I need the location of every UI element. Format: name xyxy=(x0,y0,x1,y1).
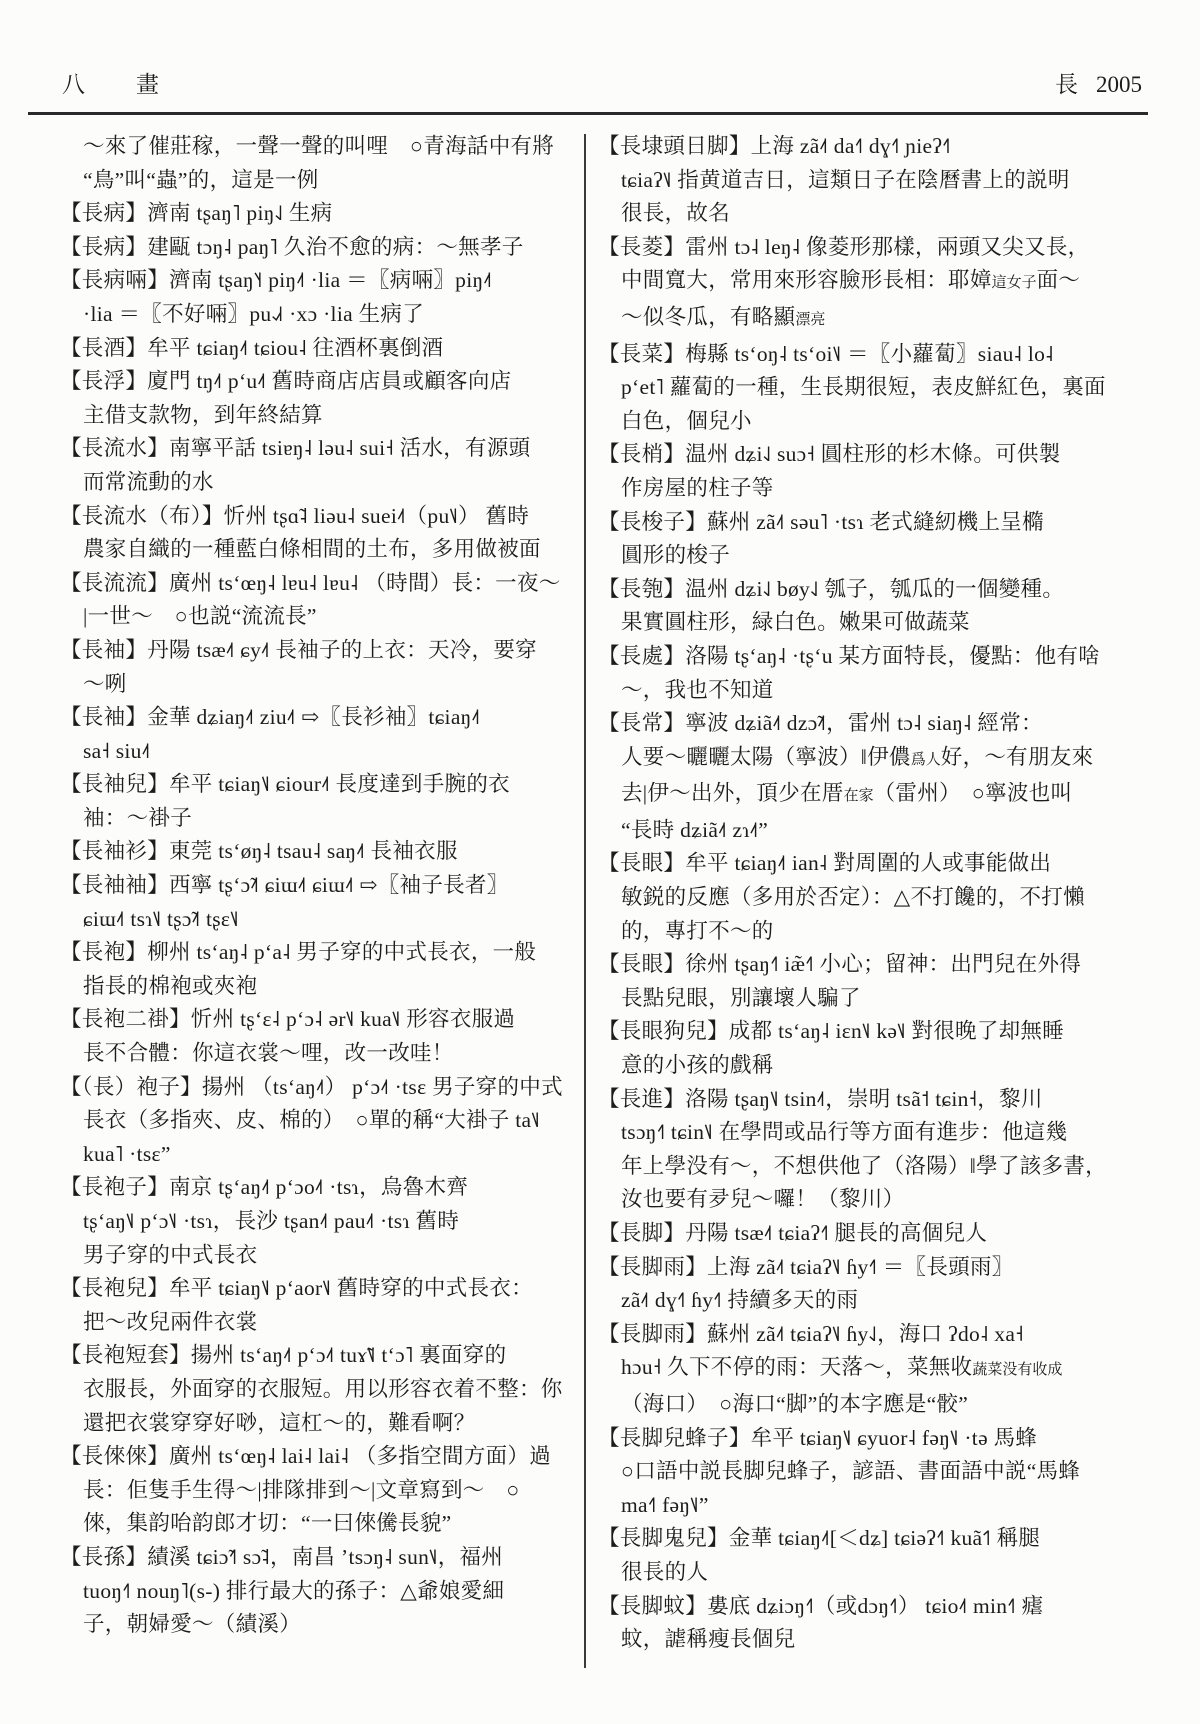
entry-text: 【長袍子】南京 tʂʻaŋ˨˦ pʻɔo˨˦ ·tsɿ，烏魯木齊 xyxy=(60,1175,468,1199)
entry-text: 主借支款物，到年終結算 xyxy=(83,403,323,427)
entry-line: 主借支款物，到年終結算 xyxy=(60,399,574,433)
entry-text: 【（長）袍子】揚州 （tsʻaŋ˨˦） pʻɔ˨˦ ·tsɛ 男子穿的中式 xyxy=(60,1075,563,1099)
entry-text: 【長病啢】濟南 tʂaŋ˥˧ piŋ˨˦ ·lia ＝〖病啢〗piŋ˨˦ xyxy=(60,268,492,292)
entry-text: 而常流動的水 xyxy=(83,470,214,494)
entry-line: 【長進】洛陽 tʂaŋ˥˩ tsin˨˦，崇明 tsã˦ tɕin˧，黎川 xyxy=(598,1083,1112,1117)
entry-line: 【長梭子】蘇州 zã˨˦ səu˥ ·tsɿ 老式縫紉機上呈橢 xyxy=(598,506,1112,540)
entry-line: 倈，集韵咍韵郎才切：“一曰倈儯長貌” xyxy=(60,1507,574,1541)
entry-text: 【長埭頭日脚】上海 zã˨˦ da˧˥ dɣ˧˥ ɲieʔ˧˥ xyxy=(598,134,951,158)
entry-text: 【長病】濟南 tʂaŋ˥ piŋ˨˩ 生病 xyxy=(60,201,332,225)
entry-text: ɕiɯ˨˦ tsɿ˥˩ tʂɔ̃˨˦ tʂɛ˥˩ xyxy=(83,907,239,931)
entry-text: 【長脚兒蜂子】牟平 tɕiaŋ˥˩ ɕyuor˨ fəŋ˥˩ ·tə 馬蜂 xyxy=(598,1426,1037,1450)
entry-text: 長點兒眼，別讓壞人騙了 xyxy=(621,986,861,1010)
entry-text: 果實圓柱形，緑白色。嫩果可做蔬菜 xyxy=(621,610,970,634)
entry-text: 【長袖兒】牟平 tɕiaŋ˥˩ ɕiour˨˦ 長度達到手腕的衣 xyxy=(60,772,510,796)
entry-line: 【長梢】温州 dʑi˨˩ suɔ˧ 圓柱形的杉木條。可供製 xyxy=(598,438,1112,472)
entry-text: zã˨˦ dɣ˧˥ ɦy˧˥ 持續多天的雨 xyxy=(621,1288,858,1312)
entry-line: 【長匏】温州 dʑi˨˩ bøy˨˩ 瓠子，瓠瓜的一個變種。 xyxy=(598,573,1112,607)
entry-text: 袖：～褂子 xyxy=(83,806,192,830)
entry-text: “長時 dʑiã˨˦ zɿ˨˦” xyxy=(621,818,768,842)
entry-line: ～來了催莊稼，一聲一聲的叫哩 ○青海話中有將 xyxy=(60,130,574,164)
left-column: ～來了催莊稼，一聲一聲的叫哩 ○青海話中有將“鳥”叫“蟲”的，這是一例【長病】濟… xyxy=(60,130,574,1668)
entry-text: 敏鋭的反應（多用於否定）：△不打饞的，不打懶 xyxy=(621,885,1085,909)
entry-text: 人要～曬曬太陽（寧波）‖伊儂 xyxy=(621,745,911,769)
entry-text: 【長袍短套】揚州 tsʻaŋ˨˦ pʻɔ˨˦ tuɤ̃˥˩ tʻɔ˥ 裏面穿的 xyxy=(60,1343,506,1367)
entry-line: 【長菜】梅縣 tsʻoŋ˨ tsʻoi˥˩ ＝〖小蘿蔔〗siau˨ lo˨ xyxy=(598,338,1112,372)
entry-line: tuoŋ˧˥ nouŋ˥(s-) 排行最大的孫子：△爺娘愛細 xyxy=(60,1575,574,1609)
entry-text: 【長常】寧波 dʑiã˨˦ dzɔ̃˨˦，雷州 tɔ˨ siaŋ˨ 經常： xyxy=(598,711,1043,735)
entry-text: 【長匏】温州 dʑi˨˩ bøy˨˩ 瓠子，瓠瓜的一個變種。 xyxy=(598,577,1064,601)
entry-line: 把～改兒兩件衣裳 xyxy=(60,1306,574,1340)
entry-text: 年上學没有～，不想供他了（洛陽）‖學了該多書， xyxy=(621,1154,1107,1178)
entry-line: 【長病啢】濟南 tʂaŋ˥˧ piŋ˨˦ ·lia ＝〖病啢〗piŋ˨˦ xyxy=(60,264,574,298)
entry-line: 【長流流】廣州 tsʻœŋ˨ lɐu˨ lɐu˨ （時間）長：一夜～ xyxy=(60,567,574,601)
entry-text: 作房屋的柱子等 xyxy=(621,476,774,500)
page-number: 2005 xyxy=(1096,72,1142,97)
entry-line: ma˧˥ fəŋ˥˩” xyxy=(598,1489,1112,1523)
entry-line: 長衣（多指夾、皮、棉的） ○單的稱“大褂子 ta˥˩ xyxy=(60,1104,574,1138)
entry-text: ～咧 xyxy=(83,672,127,696)
entry-text: （海口） ○海口“脚”的本字應是“骹” xyxy=(621,1392,968,1416)
entry-line: “長時 dʑiã˨˦ zɿ˨˦” xyxy=(598,814,1112,848)
entry-text: （雷州） ○寧波也叫 xyxy=(874,781,1073,805)
entry-headword-char: 長 xyxy=(1055,72,1078,97)
entry-line: 年上學没有～，不想供他了（洛陽）‖學了該多書， xyxy=(598,1150,1112,1184)
entry-text: 【長眼】牟平 tɕiaŋ˨˦ ian˨ 對周圍的人或事能做出 xyxy=(598,851,1051,875)
entry-text: 【長袖袖】西寧 tʂʻɔ̃˨˦ ɕiɯ˨˦ ɕiɯ˨˦ ⇨〖袖子長者〗 xyxy=(60,873,509,897)
inline-gloss-small: 在家 xyxy=(844,788,874,804)
entry-line: 長點兒眼，別讓壞人騙了 xyxy=(598,982,1112,1016)
entry-line: 【長袖袖】西寧 tʂʻɔ̃˨˦ ɕiɯ˨˦ ɕiɯ˨˦ ⇨〖袖子長者〗 xyxy=(60,869,574,903)
entry-text: ma˧˥ fəŋ˥˩” xyxy=(621,1493,709,1517)
entry-text: 很長，故名 xyxy=(621,201,730,225)
entry-line: 很長的人 xyxy=(598,1556,1112,1590)
entry-line: 作房屋的柱子等 xyxy=(598,472,1112,506)
entry-line: 【長脚蚊】婁底 dʑiɔŋ˧˥（或dɔŋ˧˥） tɕio˨˦ min˧˥ 瘧 xyxy=(598,1590,1112,1624)
entry-line: tʂʻaŋ˥˩ pʻɔ˥˩ ·tsɿ，長沙 tʂan˨˦ pau˨˦ ·tsɿ … xyxy=(60,1205,574,1239)
entry-line: ɕiɯ˨˦ tsɿ˥˩ tʂɔ̃˨˦ tʂɛ˥˩ xyxy=(60,903,574,937)
entry-text: 的，專打不～的 xyxy=(621,919,774,943)
entry-text: 農家自織的一種藍白條相間的土布，多用做被面 xyxy=(83,537,541,561)
entry-line: 人要～曬曬太陽（寧波）‖伊儂爲人好，～有朋友來 xyxy=(598,741,1112,778)
entry-line: 【長孫】績溪 tɕiɔ̃˧˥ sɔ̃˨，南昌 ʼtsɔŋ˨ sun˥˩，福州 xyxy=(60,1541,574,1575)
entry-text: 長：佢隻手生得～|排隊排到～|文章寫到～ ○ xyxy=(83,1478,520,1502)
entry-line: 指長的棉袍或夾袍 xyxy=(60,970,574,1004)
entry-line: 衣服長，外面穿的衣服短。用以形容衣着不整：你 xyxy=(60,1373,574,1407)
entry-line: 敏鋭的反應（多用於否定）：△不打饞的，不打懶 xyxy=(598,881,1112,915)
entry-text: 倈，集韵咍韵郎才切：“一曰倈儯長貌” xyxy=(83,1511,452,1535)
entry-line: 【長袍兒】牟平 tɕiaŋ˥˩ pʻaor˥˩ 舊時穿的中式長衣： xyxy=(60,1272,574,1306)
entry-text: 【長流流】廣州 tsʻœŋ˨ lɐu˨ lɐu˨ （時間）長：一夜～ xyxy=(60,571,561,595)
entry-line: kua˥ ·tsɛ” xyxy=(60,1138,574,1172)
entry-text: 圓形的梭子 xyxy=(621,543,730,567)
entry-line: 蚊，謔稱瘦長個兒 xyxy=(598,1623,1112,1657)
entry-text: 長衣（多指夾、皮、棉的） ○單的稱“大褂子 ta˥˩ xyxy=(83,1108,540,1132)
entry-text: 去|伊～出外，頂少在厝 xyxy=(621,781,844,805)
entry-line: ～似冬瓜，有略顯漂亮 xyxy=(598,301,1112,338)
entry-line: 【長袖衫】東莞 tsʻøŋ˨ tsau˨ saŋ˨˦ 長袖衣服 xyxy=(60,835,574,869)
entry-line: 【長浮】廈門 tŋ˨˦ pʻu˨˦ 舊時商店店員或顧客向店 xyxy=(60,365,574,399)
entry-text: tɕiaʔ˥˩ 指黄道吉日，這類日子在陰曆書上的説明 xyxy=(621,168,1070,192)
entry-line: 【長眼】徐州 tʂaŋ˧˥ iæ̃˧˥ 小心；留神：出門兒在外得 xyxy=(598,948,1112,982)
entry-text: 很長的人 xyxy=(621,1560,708,1584)
entry-line: 【長脚兒蜂子】牟平 tɕiaŋ˥˩ ɕyuor˨ fəŋ˥˩ ·tə 馬蜂 xyxy=(598,1422,1112,1456)
entry-text: 【長袖】丹陽 tsæ˨˦ ɕy˨˦ 長袖子的上衣：天冷，要穿 xyxy=(60,638,537,662)
entry-line: 【長病】濟南 tʂaŋ˥ piŋ˨˩ 生病 xyxy=(60,197,574,231)
entry-line: ·lia ＝〖不好啢〗pu˨˩˧ ·xɔ ·lia 生病了 xyxy=(60,298,574,332)
entry-text: tuoŋ˧˥ nouŋ˥(s-) 排行最大的孫子：△爺娘愛細 xyxy=(83,1579,504,1603)
entry-text: 男子穿的中式長衣 xyxy=(83,1243,257,1267)
entry-line: ～，我也不知道 xyxy=(598,674,1112,708)
entry-line: 【長袖】金華 dʑiaŋ˨˦ ziu˨˦ ⇨〖長衫袖〗tɕiaŋ˨˦ xyxy=(60,701,574,735)
entry-text: 面～ xyxy=(1037,268,1081,292)
entry-line: 【長眼】牟平 tɕiaŋ˨˦ ian˨ 對周圍的人或事能做出 xyxy=(598,847,1112,881)
entry-text: 【長袍】柳州 tsʻaŋ˨ pʻa˨ 男子穿的中式長衣，一般 xyxy=(60,940,536,964)
entry-line: 【長菱】雷州 tɔ˨ leŋ˨ 像菱形那樣，兩頭又尖又長， xyxy=(598,231,1112,265)
entry-line: 【長袖】丹陽 tsæ˨˦ ɕy˨˦ 長袖子的上衣：天冷，要穿 xyxy=(60,634,574,668)
entry-line: 【長流水（布）】忻州 tʂɑ̃˨ liəu˨ suei˨˦（pu˥˩） 舊時 xyxy=(60,500,574,534)
entry-text: 【長袍兒】牟平 tɕiaŋ˥˩ pʻaor˥˩ 舊時穿的中式長衣： xyxy=(60,1276,533,1300)
entry-line: 農家自織的一種藍白條相間的土布，多用做被面 xyxy=(60,533,574,567)
entry-line: 【長脚雨】上海 zã˨˦ tɕiaʔ˥˩ ɦy˧˥ ＝〖長頭雨〗 xyxy=(598,1251,1112,1285)
entry-text: 長不合體：你這衣裳～哩，改一改哇！ xyxy=(83,1041,454,1065)
inline-gloss-small: 爲人 xyxy=(911,752,941,768)
entry-line: 【長埭頭日脚】上海 zã˨˦ da˧˥ dɣ˧˥ ɲieʔ˧˥ xyxy=(598,130,1112,164)
entry-text: ～似冬瓜，有略顯 xyxy=(621,305,795,329)
entry-text: 【長菜】梅縣 tsʻoŋ˨ tsʻoi˥˩ ＝〖小蘿蔔〗siau˨ lo˨ xyxy=(598,342,1054,366)
page-header: 八 畫 長2005 xyxy=(62,66,1142,99)
entry-line: 長：佢隻手生得～|排隊排到～|文章寫到～ ○ xyxy=(60,1474,574,1508)
entry-text: 蚊，謔稱瘦長個兒 xyxy=(621,1627,795,1651)
entry-text: 【長脚雨】上海 zã˨˦ tɕiaʔ˥˩ ɦy˧˥ ＝〖長頭雨〗 xyxy=(598,1255,1014,1279)
entry-line: 【長袖兒】牟平 tɕiaŋ˥˩ ɕiour˨˦ 長度達到手腕的衣 xyxy=(60,768,574,802)
entry-line: pʻet˥ 蘿蔔的一種，生長期很短，表皮鮮紅色，裏面 xyxy=(598,371,1112,405)
entry-text: kua˥ ·tsɛ” xyxy=(83,1142,171,1166)
entry-text: 【長流水（布）】忻州 tʂɑ̃˨ liəu˨ suei˨˦（pu˥˩） 舊時 xyxy=(60,504,529,528)
entry-text: 中間寬大，常用來形容臉形長相：耶嫜 xyxy=(621,268,992,292)
entry-line: 白色，個兒小 xyxy=(598,405,1112,439)
entry-line: 【長袍】柳州 tsʻaŋ˨ pʻa˨ 男子穿的中式長衣，一般 xyxy=(60,936,574,970)
entry-line: 的，專打不～的 xyxy=(598,915,1112,949)
entry-line: 【長倈倈】廣州 tsʻœŋ˨ lai˨ lai˨ （多指空間方面）過 xyxy=(60,1440,574,1474)
entry-text: 【長脚雨】蘇州 zã˨˦ tɕiaʔ˥˩ ɦy˨˩，海口 ʔdo˨ xa˧ xyxy=(598,1322,1024,1346)
entry-line: 圓形的梭子 xyxy=(598,539,1112,573)
entry-text: |一世～ ○也説“流流長” xyxy=(83,604,317,628)
entry-line: 【長病】建甌 tɔŋ˨ paŋ˥ 久治不愈的病：～無孝子 xyxy=(60,231,574,265)
entry-text: 【長倈倈】廣州 tsʻœŋ˨ lai˨ lai˨ （多指空間方面）過 xyxy=(60,1444,551,1468)
entry-line: 【長處】洛陽 tʂʻaŋ˨ ·tʂʻu 某方面特長，優點：他有啥 xyxy=(598,640,1112,674)
entry-text: 【長脚】丹陽 tsæ˨˦ tɕiaʔ˧˥ 腿長的高個兒人 xyxy=(598,1221,987,1245)
entry-text: tʂʻaŋ˥˩ pʻɔ˥˩ ·tsɿ，長沙 tʂan˨˦ pau˨˦ ·tsɿ … xyxy=(83,1209,459,1233)
entry-line: 而常流動的水 xyxy=(60,466,574,500)
dictionary-page: 八 畫 長2005 ～來了催莊稼，一聲一聲的叫哩 ○青海話中有將“鳥”叫“蟲”的… xyxy=(0,0,1200,1724)
entry-text: 【長眼】徐州 tʂaŋ˧˥ iæ̃˧˥ 小心；留神：出門兒在外得 xyxy=(598,952,1081,976)
entry-line: 【長眼狗兒】成都 tsʻaŋ˨ iɛn˥˩ kə˥˩ 對很晚了却無睡 xyxy=(598,1015,1112,1049)
entry-line: 果實圓柱形，緑白色。嫩果可做蔬菜 xyxy=(598,606,1112,640)
section-header: 八 畫 xyxy=(62,66,173,99)
header-rule xyxy=(28,112,1148,115)
entry-line: 去|伊～出外，頂少在厝在家（雷州） ○寧波也叫 xyxy=(598,777,1112,814)
entry-text: 【長梭子】蘇州 zã˨˦ səu˥ ·tsɿ 老式縫紉機上呈橢 xyxy=(598,510,1044,534)
entry-line: 意的小孩的戲稱 xyxy=(598,1049,1112,1083)
entry-text: ～，我也不知道 xyxy=(621,678,774,702)
column-divider xyxy=(584,134,586,1668)
entry-text: 白色，個兒小 xyxy=(621,409,752,433)
entry-line: 男子穿的中式長衣 xyxy=(60,1239,574,1273)
entry-line: tsɔŋ˧˥ tɕin˥˩ 在學問或品行等方面有進步：他這幾 xyxy=(598,1116,1112,1150)
entry-text: 衣服長，外面穿的衣服短。用以形容衣着不整：你 xyxy=(83,1377,563,1401)
entry-line: sa˧ siu˨˦ xyxy=(60,735,574,769)
entry-text: 【長袖衫】東莞 tsʻøŋ˨ tsau˨ saŋ˨˦ 長袖衣服 xyxy=(60,839,458,863)
entry-line: 【（長）袍子】揚州 （tsʻaŋ˨˦） pʻɔ˨˦ ·tsɛ 男子穿的中式 xyxy=(60,1071,574,1105)
entry-text: 好，～有朋友來 xyxy=(941,745,1094,769)
entry-text: 把～改兒兩件衣裳 xyxy=(83,1310,257,1334)
entry-line: “鳥”叫“蟲”的，這是一例 xyxy=(60,164,574,198)
inline-gloss-small: 漂亮 xyxy=(795,312,825,328)
right-column: 【長埭頭日脚】上海 zã˨˦ da˧˥ dɣ˧˥ ɲieʔ˧˥tɕiaʔ˥˩ 指… xyxy=(598,130,1112,1668)
entry-text: 【長脚蚊】婁底 dʑiɔŋ˧˥（或dɔŋ˧˥） tɕio˨˦ min˧˥ 瘧 xyxy=(598,1594,1043,1618)
entry-line: 袖：～褂子 xyxy=(60,802,574,836)
entry-text: 意的小孩的戲稱 xyxy=(621,1053,774,1077)
entry-line: 【長常】寧波 dʑiã˨˦ dzɔ̃˨˦，雷州 tɔ˨ siaŋ˨ 經常： xyxy=(598,707,1112,741)
entry-line: 【長脚雨】蘇州 zã˨˦ tɕiaʔ˥˩ ɦy˨˩，海口 ʔdo˨ xa˧ xyxy=(598,1318,1112,1352)
entry-line: 子，朝婦愛～（績溪） xyxy=(60,1608,574,1642)
entry-line: tɕiaʔ˥˩ 指黄道吉日，這類日子在陰曆書上的説明 xyxy=(598,164,1112,198)
entry-line: 中間寬大，常用來形容臉形長相：耶嫜這女子面～ xyxy=(598,264,1112,301)
entry-text: 【長酒】牟平 tɕiaŋ˨˦ tɕiou˨ 往酒杯裏倒酒 xyxy=(60,336,443,360)
entry-line: ～咧 xyxy=(60,668,574,702)
entry-line: 長不合體：你這衣裳～哩，改一改哇！ xyxy=(60,1037,574,1071)
entry-line: hɔu˧ 久下不停的雨：天落～，菜無收蔬菜没有收成 xyxy=(598,1351,1112,1388)
entry-text: 【長眼狗兒】成都 tsʻaŋ˨ iɛn˥˩ kə˥˩ 對很晚了却無睡 xyxy=(598,1019,1064,1043)
entry-text: hɔu˧ 久下不停的雨：天落～，菜無收 xyxy=(621,1355,972,1379)
entry-line: 【長袍短套】揚州 tsʻaŋ˨˦ pʻɔ˨˦ tuɤ̃˥˩ tʻɔ˥ 裏面穿的 xyxy=(60,1339,574,1373)
entry-text: 【長袖】金華 dʑiaŋ˨˦ ziu˨˦ ⇨〖長衫袖〗tɕiaŋ˨˦ xyxy=(60,705,480,729)
inline-gloss-small: 這女子 xyxy=(992,275,1037,291)
entry-text: 【長病】建甌 tɔŋ˨ paŋ˥ 久治不愈的病：～無孝子 xyxy=(60,235,524,259)
entry-text: 【長孫】績溪 tɕiɔ̃˧˥ sɔ̃˨，南昌 ʼtsɔŋ˨ sun˥˩，福州 xyxy=(60,1545,503,1569)
entry-text: 【長處】洛陽 tʂʻaŋ˨ ·tʂʻu 某方面特長，優點：他有啥 xyxy=(598,644,1100,668)
entry-text: 還把衣裳穿穿好唦，這杠～的，難看啊？ xyxy=(83,1411,475,1435)
entry-line: 還把衣裳穿穿好唦，這杠～的，難看啊？ xyxy=(60,1407,574,1441)
entry-text: 【長袍二褂】忻州 tʂʻɛ˨ pʻɔ˨ ər˥˩ kua˥˩ 形容衣服過 xyxy=(60,1007,515,1031)
page-header-right: 長2005 xyxy=(1037,66,1142,99)
entry-text: pʻet˥ 蘿蔔的一種，生長期很短，表皮鮮紅色，裏面 xyxy=(621,375,1106,399)
entry-text: 【長進】洛陽 tʂaŋ˥˩ tsin˨˦，崇明 tsã˦ tɕin˧，黎川 xyxy=(598,1087,1043,1111)
entry-line: 【長袍二褂】忻州 tʂʻɛ˨ pʻɔ˨ ər˥˩ kua˥˩ 形容衣服過 xyxy=(60,1003,574,1037)
entry-line: ○口語中説長脚兒蜂子，諺語、書面語中説“馬蜂 xyxy=(598,1455,1112,1489)
entry-text: ～來了催莊稼，一聲一聲的叫哩 ○青海話中有將 xyxy=(83,134,554,158)
entry-line: 汝也要有夛兒～囉！（黎川） xyxy=(598,1183,1112,1217)
entry-text: 【長菱】雷州 tɔ˨ leŋ˨ 像菱形那樣，兩頭又尖又長， xyxy=(598,235,1089,259)
entry-line: 【長脚鬼兒】金華 tɕiaŋ˨˦[＜dʑ] tɕiəʔ˧˥ kuã˦˥ 稱腿 xyxy=(598,1522,1112,1556)
entry-line: zã˨˦ dɣ˧˥ ɦy˧˥ 持續多天的雨 xyxy=(598,1284,1112,1318)
inline-gloss-small: 蔬菜没有收成 xyxy=(972,1362,1062,1378)
entry-text: sa˧ siu˨˦ xyxy=(83,739,150,763)
entry-text: 子，朝婦愛～（績溪） xyxy=(83,1612,301,1636)
entry-line: 很長，故名 xyxy=(598,197,1112,231)
entry-line: （海口） ○海口“脚”的本字應是“骹” xyxy=(598,1388,1112,1422)
entry-text: 【長梢】温州 dʑi˨˩ suɔ˧ 圓柱形的杉木條。可供製 xyxy=(598,442,1061,466)
entry-text: 【長浮】廈門 tŋ˨˦ pʻu˨˦ 舊時商店店員或顧客向店 xyxy=(60,369,511,393)
entry-text: tsɔŋ˧˥ tɕin˥˩ 在學問或品行等方面有進步：他這幾 xyxy=(621,1120,1067,1144)
entry-text: 【長脚鬼兒】金華 tɕiaŋ˨˦[＜dʑ] tɕiəʔ˧˥ kuã˦˥ 稱腿 xyxy=(598,1526,1040,1550)
entry-line: 【長流水】南寧平話 tsiɐŋ˨ ləu˨ sui˧ 活水，有源頭 xyxy=(60,432,574,466)
entry-line: 【長酒】牟平 tɕiaŋ˨˦ tɕiou˨ 往酒杯裏倒酒 xyxy=(60,332,574,366)
text-columns: ～來了催莊稼，一聲一聲的叫哩 ○青海話中有將“鳥”叫“蟲”的，這是一例【長病】濟… xyxy=(60,130,1112,1668)
entry-text: 汝也要有夛兒～囉！（黎川） xyxy=(621,1187,904,1211)
entry-text: ·lia ＝〖不好啢〗pu˨˩˧ ·xɔ ·lia 生病了 xyxy=(83,302,424,326)
entry-line: 【長脚】丹陽 tsæ˨˦ tɕiaʔ˧˥ 腿長的高個兒人 xyxy=(598,1217,1112,1251)
entry-text: ○口語中説長脚兒蜂子，諺語、書面語中説“馬蜂 xyxy=(621,1459,1080,1483)
entry-line: 【長袍子】南京 tʂʻaŋ˨˦ pʻɔo˨˦ ·tsɿ，烏魯木齊 xyxy=(60,1171,574,1205)
entry-text: 【長流水】南寧平話 tsiɐŋ˨ ləu˨ sui˧ 活水，有源頭 xyxy=(60,436,530,460)
entry-text: 指長的棉袍或夾袍 xyxy=(83,974,257,998)
entry-text: “鳥”叫“蟲”的，這是一例 xyxy=(83,168,319,192)
entry-line: |一世～ ○也説“流流長” xyxy=(60,600,574,634)
